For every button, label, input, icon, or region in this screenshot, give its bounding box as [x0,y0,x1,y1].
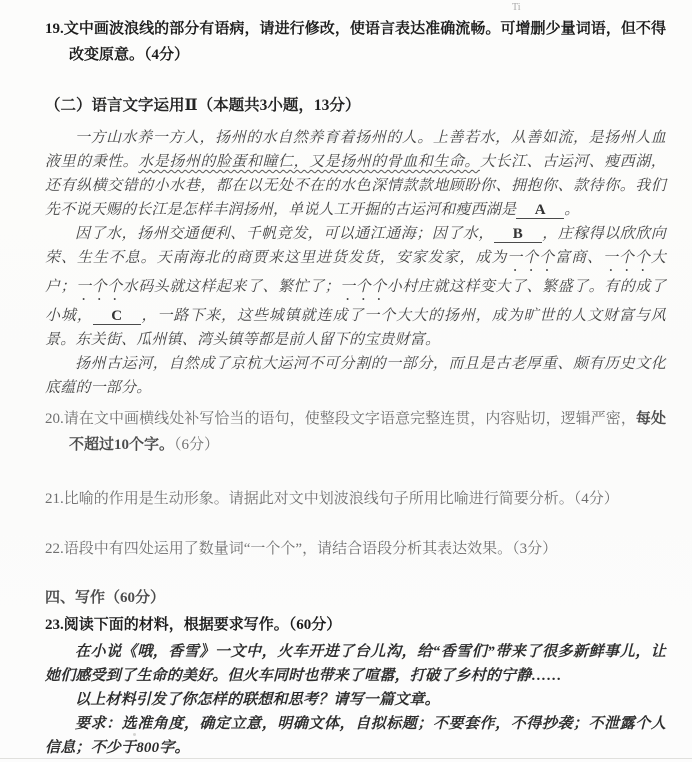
emphasized-quantifier-3: 一个个 [76,279,123,295]
question-21-score: （4分） [574,491,619,507]
question-23-score: （60分） [289,617,342,633]
wavy-underlined-sentence: 水是扬州的脸蛋和瞳仁，又是扬州的骨血和生命。 [138,154,480,170]
exam-page: Ti 19.文中画波浪线的部分有语病，请进行修改，使语言表达准确流畅。可增删少量… [0,0,692,762]
emphasized-quantifier-4: 一个个 [340,279,387,295]
reading-passage: 一方山水养一方人，扬州的水自然养育着扬州的人。上善若水，从善如流，是扬州人血液里… [45,126,666,400]
paragraph-2-seg-1: 因了水，扬州交通便利、千帆竞发，可以通江通海；因了水， [75,226,494,242]
emphasized-quantifier-2: 一个个 [603,250,651,266]
passage-paragraph-2: 因了水，扬州交通便利、千帆竞发，可以通江通海；因了水，B，庄稼得以欣欣向荣、生生… [45,222,666,352]
paragraph-1-end: 。 [564,202,579,218]
fill-blank-a: A [516,203,564,219]
question-21-text: 比喻的作用是生动形象。请据此对文中划波浪线句子所用比喻进行简要分析。 [64,491,574,507]
question-21: 21.比喻的作用是生动形象。请据此对文中划波浪线句子所用比喻进行简要分析。（4分… [45,486,666,512]
scan-bottom-edge-line [0,758,692,759]
essay-material: 在小说《哦，香雪》一文中，火车开进了台儿沟，给“香雪们”带来了很多新鲜事儿，让她… [45,640,666,760]
question-20: 20.请在文中画横线处补写恰当的语句，使整段文字语意完整连贯，内容贴切，逻辑严密… [45,406,666,458]
passage-paragraph-1: 一方山水养一方人，扬州的水自然养育着扬州的人。上善若水，从善如流，是扬州人血液里… [45,126,666,222]
scan-artifact-text: Ti [512,2,521,13]
emphasized-quantifier-1: 一个个 [507,250,555,266]
section-heading-language-use-2: （二）语言文字运用Ⅱ（本题共3小题，13分） [45,94,666,118]
question-22-number: 22. [45,541,64,557]
passage-paragraph-3: 扬州古运河，自然成了京杭大运河不可分割的一部分，而且是古老厚重、颇有历史文化底蕴… [45,352,666,400]
paragraph-2-seg-5: 水码头就这样起来了、繁忙了； [123,279,340,295]
scan-speck [133,733,136,736]
fill-blank-c: C [93,309,141,325]
question-23-number: 23. [45,617,64,633]
question-19-score: （4分） [144,47,189,63]
fill-blank-b: B [494,227,542,243]
material-paragraph-2: 以上材料引发了你怎样的联想和思考？请写一篇文章。 [45,688,666,712]
question-23: 23.阅读下面的材料，根据要求写作。（60分） [45,612,666,638]
material-paragraph-1: 在小说《哦，香雪》一文中，火车开进了台儿沟，给“香雪们”带来了很多新鲜事儿，让她… [45,640,666,688]
question-22-score: （3分） [512,541,557,557]
question-20-text: 请在文中画横线处补写恰当的语句，使整段文字语意完整连贯，内容贴切，逻辑严密， [64,411,636,427]
question-23-text: 阅读下面的材料，根据要求写作。 [64,617,289,633]
question-19-number: 19. [45,21,64,37]
question-22: 22.语段中有四处运用了数量词“一个个”，请结合语段分析其表达效果。（3分） [45,536,666,562]
question-19: 19.文中画波浪线的部分有语病，请进行修改，使语言表达准确流畅。可增删少量词语，… [45,16,666,68]
question-21-number: 21. [45,491,64,507]
question-22-text: 语段中有四处运用了数量词“一个个”，请结合语段分析其表达效果。 [64,541,512,557]
paragraph-2-seg-3: 富商、 [555,250,603,266]
section-heading-writing: 四、写作（60分） [45,586,666,610]
question-20-score: （6分） [174,437,219,453]
material-paragraph-3: 要求：选准角度，确定立意，明确文体，自拟标题；不要套作，不得抄袭；不泄露个人信息… [45,712,666,760]
question-20-number: 20. [45,411,64,427]
